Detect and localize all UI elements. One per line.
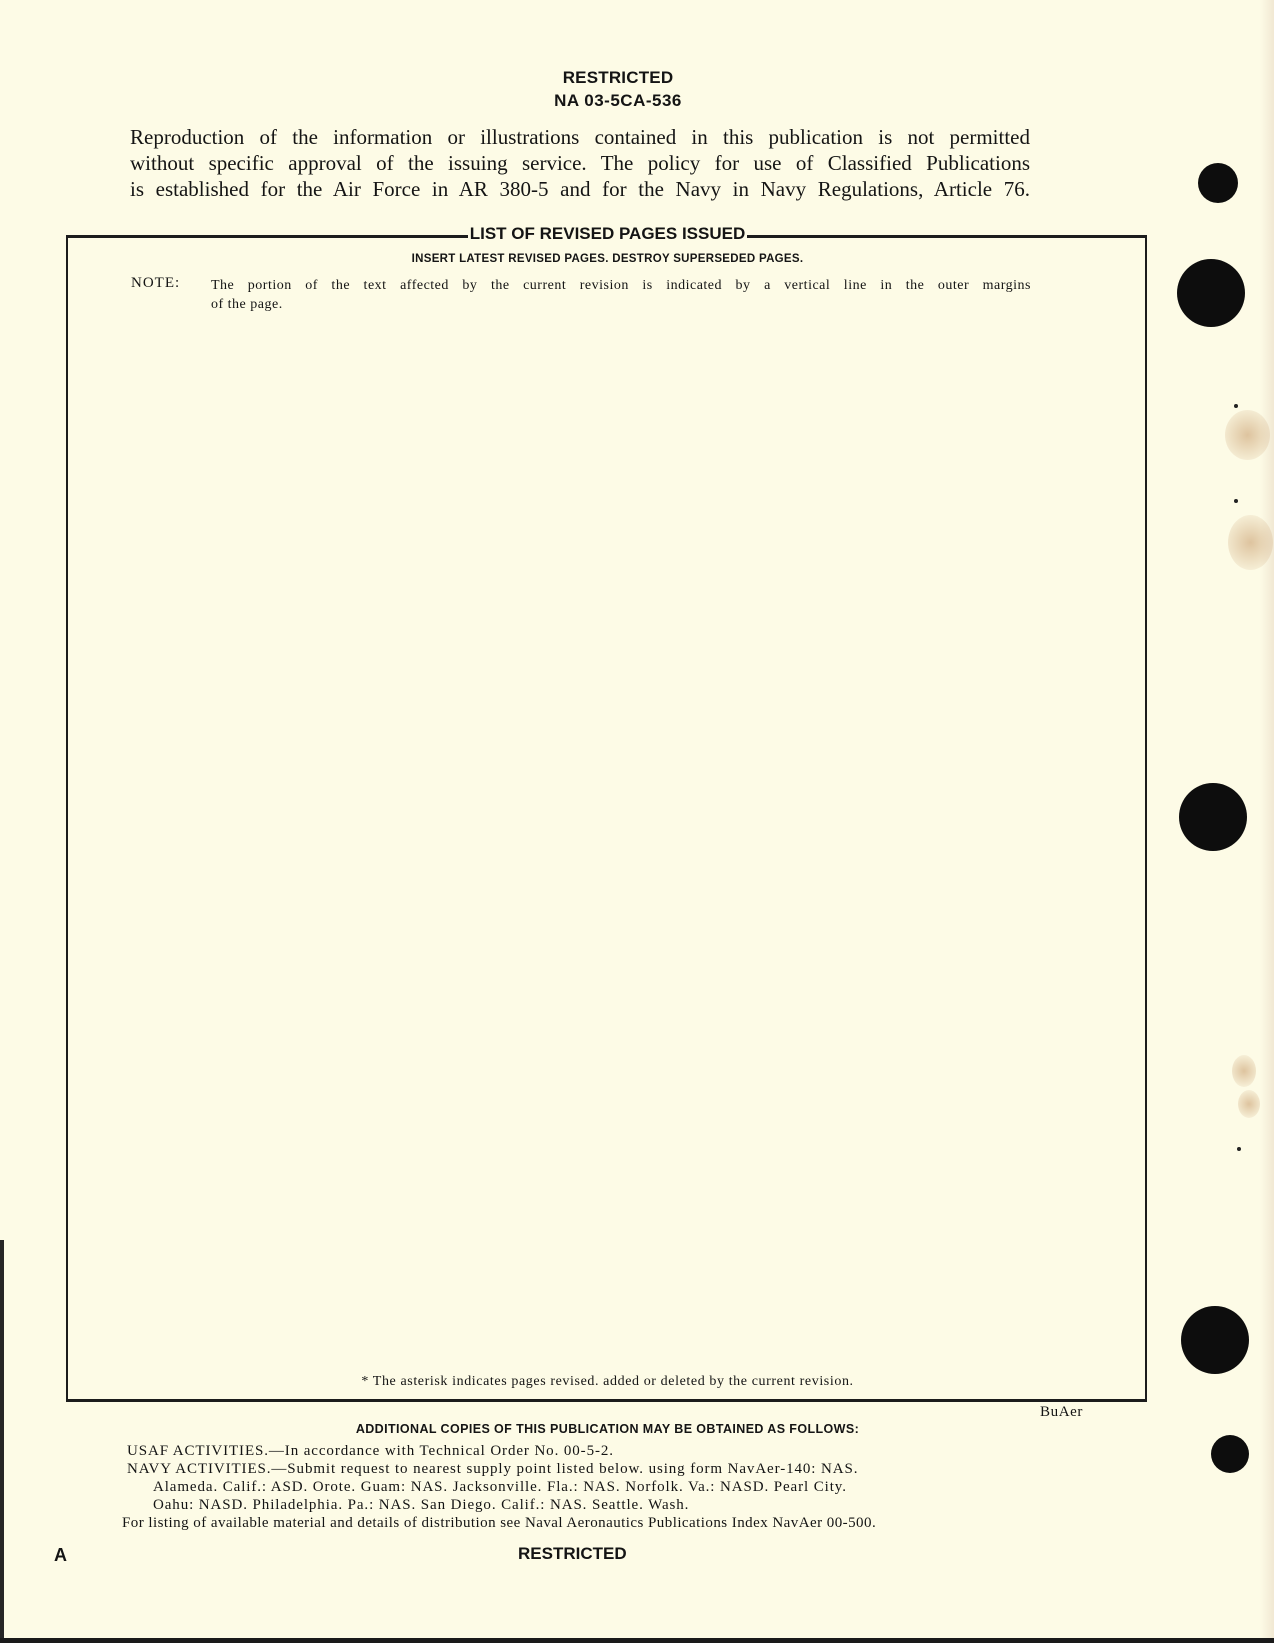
notice-line: is established for the Air Force in AR 3… xyxy=(130,176,1030,202)
binder-hole-1 xyxy=(1198,163,1238,203)
binder-hole-3 xyxy=(1179,783,1247,851)
page-id: A xyxy=(54,1545,67,1566)
speck-mark xyxy=(1237,1147,1241,1151)
asterisk-footnote: * The asterisk indicates pages revised. … xyxy=(66,1374,1149,1390)
document-page: RESTRICTED NA 03-5CA-536 Reproduction of… xyxy=(0,0,1274,1643)
binder-hole-5 xyxy=(1211,1435,1249,1473)
footer-classification: RESTRICTED xyxy=(518,1544,627,1564)
page-edge-shadow xyxy=(1260,0,1274,1643)
reproduction-notice: Reproduction of the information or illus… xyxy=(130,124,1030,202)
revised-pages-title: LIST OF REVISED PAGES ISSUED xyxy=(66,224,1149,244)
distribution-line-listing: For listing of available material and de… xyxy=(122,1514,1027,1532)
stain-mark xyxy=(1228,515,1273,570)
note-label: NOTE: xyxy=(131,275,180,292)
distribution-line-navy-cont: Oahu: NASD. Philadelphia. Pa.: NAS. San … xyxy=(127,1496,1027,1514)
binder-hole-4 xyxy=(1181,1306,1249,1374)
note-line: The portion of the text affected by the … xyxy=(211,276,1031,295)
distribution-line-usaf: USAF ACTIVITIES.—In accordance with Tech… xyxy=(127,1442,1027,1460)
distribution-line-navy-cont: Alameda. Calif.: ASD. Orote. Guam: NAS. … xyxy=(127,1478,1027,1496)
distribution-heading: ADDITIONAL COPIES OF THIS PUBLICATION MA… xyxy=(66,1422,1149,1436)
speck-mark xyxy=(1234,404,1238,408)
speck-mark xyxy=(1234,499,1238,503)
stain-mark xyxy=(1225,410,1270,460)
scan-border-left xyxy=(0,1240,4,1643)
issuer-label: BuAer xyxy=(1040,1404,1083,1421)
note-text: The portion of the text affected by the … xyxy=(211,276,1031,314)
distribution-text: USAF ACTIVITIES.—In accordance with Tech… xyxy=(127,1442,1027,1532)
revised-pages-instruction: INSERT LATEST REVISED PAGES. DESTROY SUP… xyxy=(66,253,1149,265)
revised-pages-box xyxy=(66,235,1147,1402)
publication-number: NA 03-5CA-536 xyxy=(0,91,1236,111)
scan-border-bottom xyxy=(0,1638,1274,1643)
notice-line: Reproduction of the information or illus… xyxy=(130,124,1030,150)
binder-hole-2 xyxy=(1177,259,1245,327)
revised-pages-title-text: LIST OF REVISED PAGES ISSUED xyxy=(468,224,748,243)
stain-mark xyxy=(1232,1055,1256,1087)
note-line: of the page. xyxy=(211,295,1031,314)
header-classification: RESTRICTED xyxy=(0,68,1236,88)
notice-line: without specific approval of the issuing… xyxy=(130,150,1030,176)
distribution-line-navy: NAVY ACTIVITIES.—Submit request to neare… xyxy=(127,1460,1027,1478)
stain-mark xyxy=(1238,1090,1260,1118)
